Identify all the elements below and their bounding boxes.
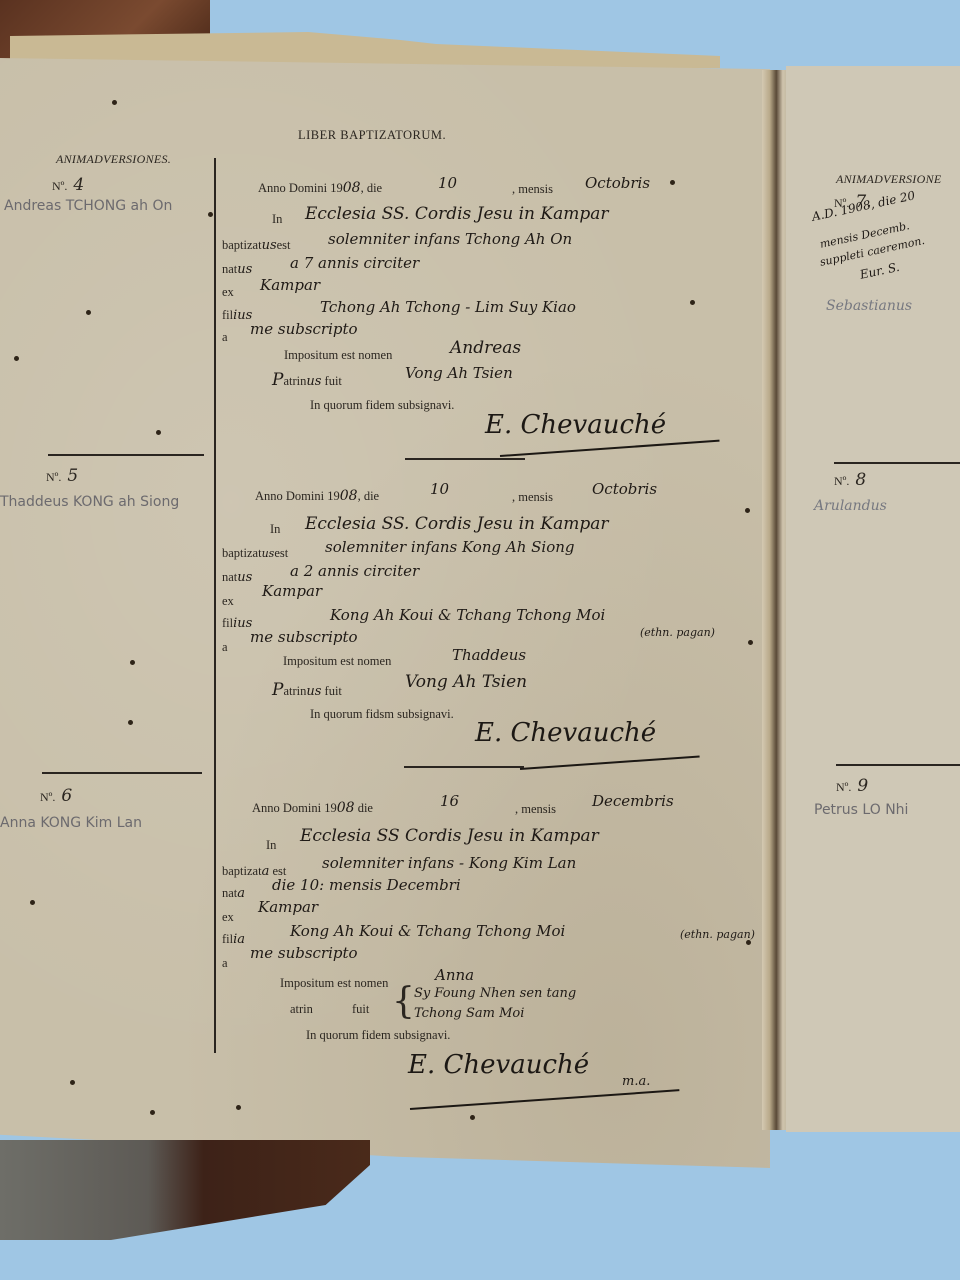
church-name: Ecclesia SS. Cordis Jesu in Kampar <box>305 204 609 224</box>
nat-label: natus <box>222 262 252 277</box>
baptism-month: Decembris <box>592 792 674 810</box>
in-quorum-label: In quorum fidem subsignavi. <box>306 1028 450 1043</box>
parents-names: Tchong Ah Tchong - Lim Suy Kiao <box>320 298 576 316</box>
parents-note: (ethn. pagan) <box>680 928 755 941</box>
parents-names: Kong Ah Koui & Tchang Tchong Moi <box>290 922 565 940</box>
patrinus-label: Patrinus fuit <box>272 370 342 390</box>
margin-note: Petrus LO Nhi <box>814 802 908 818</box>
birth-detail: die 10: mensis Decembri <box>272 876 461 894</box>
officiant-line: me subscripto <box>250 944 358 962</box>
parents-names: Kong Ah Koui & Tchang Tchong Moi <box>330 606 605 624</box>
godparent-name: Vong Ah Tsien <box>405 672 527 692</box>
patrinus-label: Patrinus fuit <box>272 680 342 700</box>
record-number-label: Nº.8 <box>834 470 866 490</box>
anno-domini-label: Anno Domini 1908 die <box>252 800 373 816</box>
ex-label: ex <box>222 910 234 925</box>
impositum-label: Impositum est nomen <box>280 976 388 991</box>
baptizat-label: baptizatusest <box>222 238 291 253</box>
baptism-day: 10 <box>438 174 457 192</box>
nat-label: nata <box>222 886 245 901</box>
margin-note: Sebastianus <box>826 298 912 314</box>
birth-detail: a 7 annis circiter <box>290 254 419 272</box>
register-title: LIBER BAPTIZATORUM. <box>298 128 446 143</box>
margin-separator <box>836 764 960 766</box>
church-name: Ecclesia SS Cordis Jesu in Kampar <box>300 826 599 846</box>
margin-divider <box>214 158 216 1053</box>
baptism-day: 16 <box>440 792 459 810</box>
officiant-line: me subscripto <box>250 320 358 338</box>
record-separator <box>404 766 524 768</box>
margin-separator <box>42 772 202 774</box>
fil-label: filius <box>222 308 252 323</box>
record-number-label: Nº.6 <box>40 786 72 806</box>
a-label: a <box>222 330 228 345</box>
book-gutter <box>762 70 788 1130</box>
in-label: In <box>266 838 276 853</box>
in-label: In <box>272 212 282 227</box>
fil-label: filia <box>222 932 245 947</box>
baptism-detail: solemniter infans Kong Ah Siong <box>325 538 575 556</box>
record-separator <box>405 458 525 460</box>
margin-separator <box>834 462 960 464</box>
baptism-month: Octobris <box>592 480 657 498</box>
ex-label: ex <box>222 594 234 609</box>
given-name: Anna <box>435 966 474 984</box>
mensis-label: , mensis <box>512 490 553 505</box>
record-number-label: Nº.9 <box>836 776 868 796</box>
fuit-label: fuit <box>352 1002 369 1017</box>
anno-domini-label: Anno Domini 1908, die <box>258 180 382 196</box>
in-quorum-label: In quorum fidsm subsignavi. <box>310 707 454 722</box>
ex-label: ex <box>222 285 234 300</box>
birth-detail: a 2 annis circiter <box>290 562 419 580</box>
given-name: Andreas <box>450 338 521 358</box>
margin-header-left: ANIMADVERSIONES. <box>56 152 171 167</box>
signature-suffix: m.a. <box>622 1074 650 1089</box>
officiant-line: me subscripto <box>250 628 358 646</box>
margin-note: Thaddeus KONG ah Siong <box>0 494 179 510</box>
a-label: a <box>222 956 228 971</box>
book-cover-bottom <box>0 1140 370 1240</box>
in-label: In <box>270 522 280 537</box>
priest-signature: E. Chevauché <box>408 1050 589 1080</box>
margin-note: Anna KONG Kim Lan <box>0 815 142 831</box>
mensis-label: , mensis <box>512 182 553 197</box>
mensis-label: , mensis <box>515 802 556 817</box>
record-number-label: Nº.4 <box>52 175 84 195</box>
origin-place: Kampar <box>262 582 322 600</box>
godparent-name: Vong Ah Tsien <box>405 364 513 382</box>
margin-note: Arulandus <box>814 498 887 514</box>
a-label: a <box>222 640 228 655</box>
nat-label: natus <box>222 570 252 585</box>
godparent-name-2: Tchong Sam Moi <box>414 1006 524 1021</box>
record-number-label: Nº.5 <box>46 466 78 486</box>
margin-header-right: ANIMADVERSIONE <box>836 172 942 187</box>
fil-label: filius <box>222 616 252 631</box>
parents-note: (ethn. pagan) <box>640 626 715 639</box>
church-name: Ecclesia SS. Cordis Jesu in Kampar <box>305 514 609 534</box>
impositum-label: Impositum est nomen <box>284 348 392 363</box>
baptism-detail: solemniter infans - Kong Kim Lan <box>322 854 576 872</box>
priest-signature: E. Chevauché <box>485 410 666 440</box>
baptizat-label: baptizatusest <box>222 546 288 561</box>
godparents-brace: { <box>392 984 415 1020</box>
margin-note: Andreas TCHONG ah On <box>4 198 172 214</box>
given-name: Thaddeus <box>452 646 526 664</box>
in-quorum-label: In quorum fidem subsignavi. <box>310 398 454 413</box>
priest-signature: E. Chevauché <box>475 718 656 748</box>
baptism-day: 10 <box>430 480 449 498</box>
godparent-name-1: Sy Foung Nhen sen tang <box>414 986 576 1001</box>
margin-separator <box>48 454 204 456</box>
origin-place: Kampar <box>260 276 320 294</box>
anno-domini-label: Anno Domini 1908, die <box>255 488 379 504</box>
baptism-detail: solemniter infans Tchong Ah On <box>328 230 572 248</box>
patrinus-label: atrin <box>290 1002 313 1017</box>
origin-place: Kampar <box>258 898 318 916</box>
baptism-month: Octobris <box>585 174 650 192</box>
impositum-label: Impositum est nomen <box>283 654 391 669</box>
